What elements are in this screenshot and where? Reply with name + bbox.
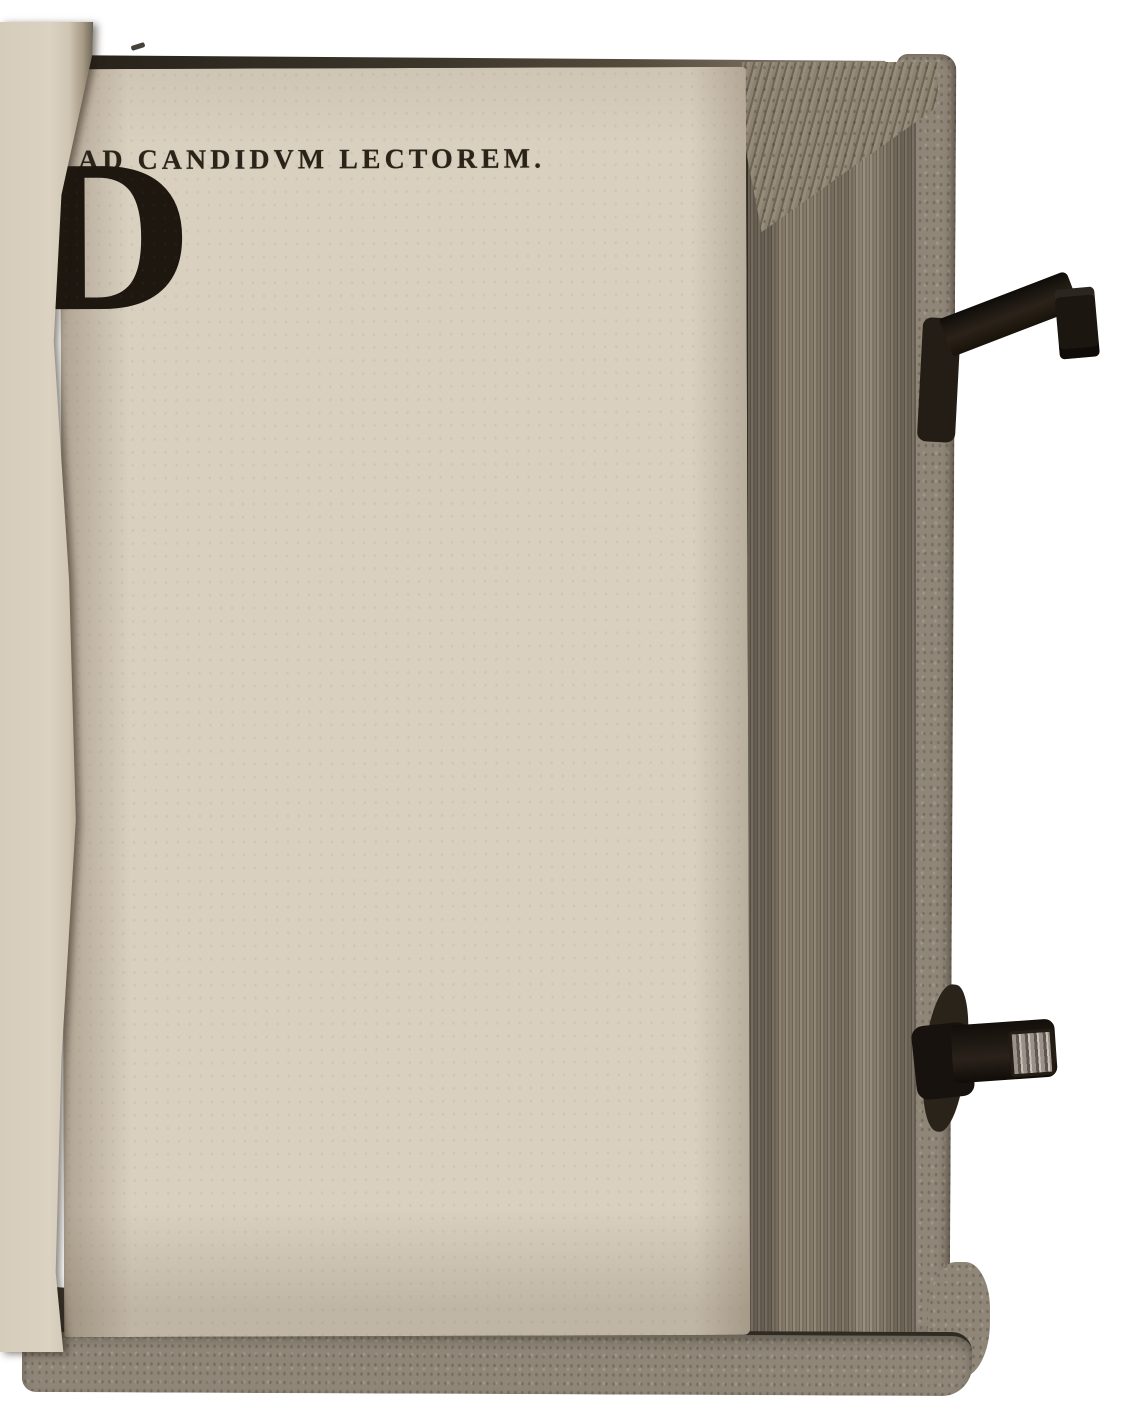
verso-page-fold [0, 22, 96, 1352]
recto-page: AD CANDIDVM LECTOREM. D [60, 67, 750, 1337]
bottom-clasp-buckle [1008, 1029, 1055, 1078]
fore-edge [742, 66, 916, 1358]
paper-speck [131, 42, 146, 51]
verso-page [0, 22, 96, 1352]
handwritten-annotation-block [60, 67, 750, 1337]
top-clasp-catch [1054, 286, 1100, 359]
book-photograph: AD CANDIDVM LECTOREM. D [0, 0, 1137, 1417]
vellum-cover-bottom [22, 1328, 972, 1396]
